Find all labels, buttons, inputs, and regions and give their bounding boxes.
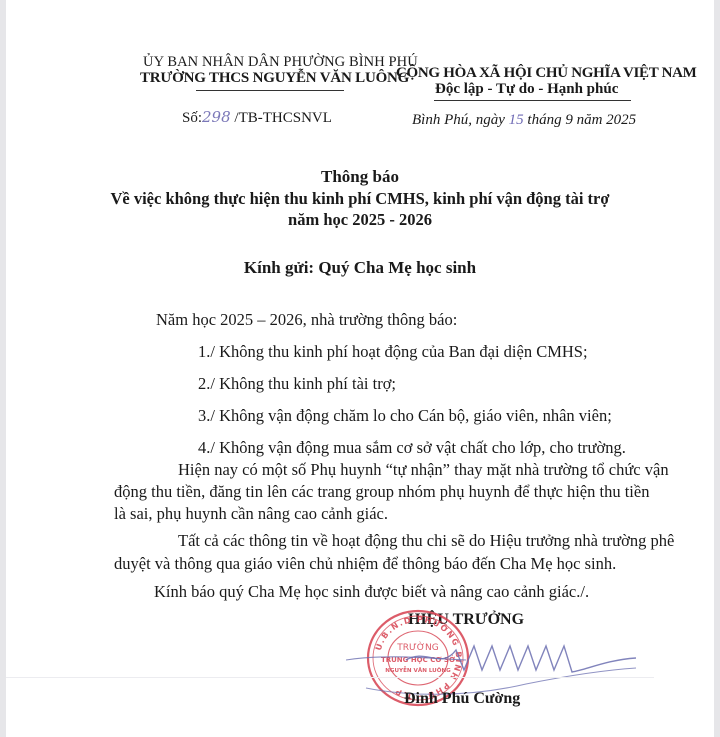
date-prefix: Bình Phú, ngày (412, 112, 509, 128)
list-item: 2./ Không thu kinh phí tài trợ; (198, 374, 396, 394)
school-name-underline (196, 90, 344, 91)
body-intro: Năm học 2025 – 2026, nhà trường thông bá… (156, 310, 457, 330)
list-item: 3./ Không vận động chăm lo cho Cán bộ, g… (198, 406, 612, 426)
document-number-handwritten: 298 (202, 108, 231, 126)
paragraph-1-line: động thu tiền, đăng tin lên các trang gr… (114, 482, 649, 502)
list-item: 4./ Không vận động mua sắm cơ sở vật chấ… (198, 438, 626, 458)
issuing-authority: ỦY BAN NHÂN DÂN PHƯỜNG BÌNH PHÚ (143, 54, 418, 71)
date-day-handwritten: 15 (509, 112, 524, 128)
signatory-name: Đinh Phú Cường (404, 690, 520, 708)
school-name: TRƯỜNG THCS NGUYỄN VĂN LUÔNG (140, 70, 409, 87)
paragraph-2-line: duyệt và thông qua giáo viên chủ nhiệm đ… (114, 554, 616, 574)
document-number: Số:298 /TB-THCSNVL (182, 108, 332, 127)
document-date: Bình Phú, ngày 15 tháng 9 năm 2025 (412, 112, 636, 129)
date-suffix: tháng 9 năm 2025 (524, 112, 637, 128)
document-number-suffix: /TB-THCSNVL (231, 110, 332, 126)
list-item: 1./ Không thu kinh phí hoạt động của Ban… (198, 342, 588, 362)
document-subject-line-2: năm học 2025 - 2026 (6, 210, 714, 230)
motto-underline (434, 100, 631, 101)
closing-line: Kính báo quý Cha Mẹ học sinh được biết v… (154, 582, 589, 602)
document-number-prefix: Số: (182, 110, 202, 126)
paragraph-1-line: Hiện nay có một số Phụ huynh “tự nhận” t… (178, 460, 669, 480)
national-motto: Độc lập - Tự do - Hạnh phúc (435, 81, 618, 98)
page-fold-line (6, 677, 654, 678)
document-title: Thông báo (6, 167, 714, 187)
paragraph-1-line: là sai, phụ huynh cần nâng cao cảnh giác… (114, 504, 388, 524)
national-title: CỘNG HÒA XÃ HỘI CHỦ NGHĨA VIỆT NAM (396, 65, 697, 82)
document-subject-line-1: Về việc không thực hiện thu kinh phí CMH… (6, 189, 714, 209)
document-page: ỦY BAN NHÂN DÂN PHƯỜNG BÌNH PHÚ TRƯỜNG T… (6, 0, 714, 737)
paragraph-2-line: Tất cả các thông tin về hoạt động thu ch… (178, 531, 674, 551)
salutation: Kính gửi: Quý Cha Mẹ học sinh (6, 258, 714, 278)
